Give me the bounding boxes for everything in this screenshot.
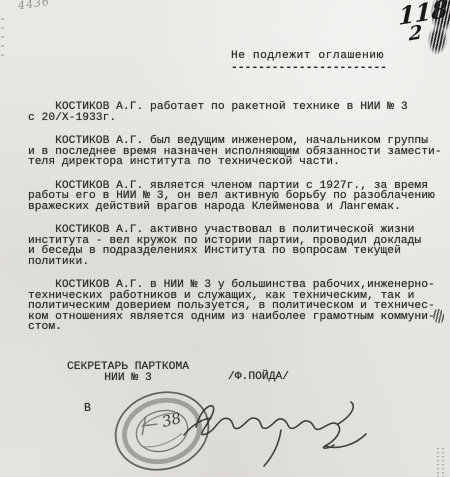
- handwritten-signature: [184, 402, 366, 466]
- classification-text: Не подлежит оглашению: [231, 50, 387, 62]
- scan-artifact-left: [1, 18, 4, 58]
- classification-underline: -----------------------: [231, 64, 387, 73]
- scanned-document-page: 4436 118 2 Не подлежит оглашению -------…: [0, 0, 450, 477]
- paragraph-5: КОСТИКОВ А.Г. в НИИ № 3 у большинства ра…: [28, 280, 448, 333]
- ink-smudge-corner: [425, 0, 450, 56]
- round-stamp-and-signature: [80, 375, 400, 477]
- paragraph-4: КОСТИКОВ А.Г. активно участвовал в полит…: [28, 225, 448, 267]
- document-body: КОСТИКОВ А.Г. работает по ракетной техни…: [28, 102, 448, 346]
- pencil-mark: 4436: [17, 0, 50, 12]
- round-stamp: [106, 382, 217, 477]
- paragraph-1: КОСТИКОВ А.Г. работает по ракетной техни…: [28, 102, 448, 123]
- paragraph-2: КОСТИКОВ А.Г. был ведущим инженером, нач…: [28, 136, 448, 168]
- scan-artifact-right: [437, 448, 448, 477]
- classification-stamp: Не подлежит оглашению ------------------…: [231, 50, 387, 73]
- paragraph-3: КОСТИКОВ А.Г. является членом партии с 1…: [28, 181, 448, 213]
